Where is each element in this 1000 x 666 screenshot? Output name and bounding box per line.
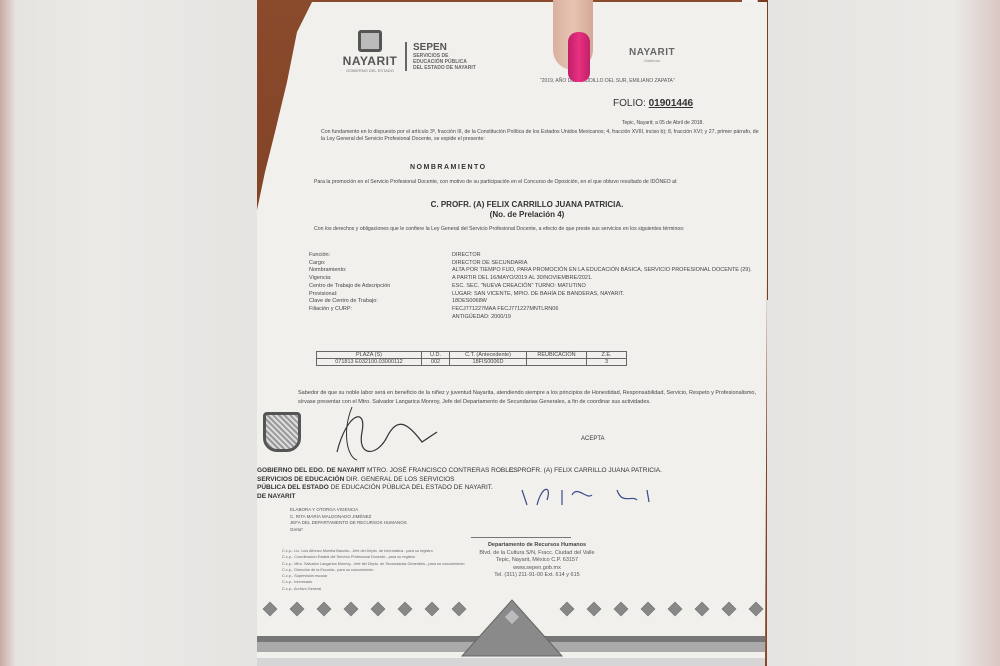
term-row: Centro de Trabajo de AdscripciónESC. SEC…	[309, 283, 759, 291]
rights-paragraph: Con los derechos y obligaciones que le c…	[314, 226, 754, 233]
blurred-background-left	[0, 0, 258, 666]
appointment-terms: Función:DIRECTOR Cargo:DIRECTOR DE SECUN…	[309, 252, 759, 321]
appointee-signature	[517, 480, 667, 510]
term-row: Función:DIRECTOR	[309, 252, 759, 260]
term-row: ANTIGÜEDAD: 2000/19	[309, 314, 759, 322]
promotion-paragraph: Para la promoción en el Servicio Profesi…	[314, 179, 754, 186]
nayarit-logo-right: NAYARIT Gobierno	[629, 47, 675, 63]
folio-number: 01901446	[649, 98, 694, 109]
term-row: Provisional:LUGAR: SAN VICENTE, MPIO. DE…	[309, 291, 759, 299]
year-motto: "2019, AÑO DEL CAUDILLO DEL SUR, EMILIAN…	[540, 78, 675, 84]
document-heading: NOMBRAMIENTO	[410, 164, 487, 171]
nayarit-government-logo: NAYARIT GOBIERNO DEL ESTADO	[335, 30, 405, 73]
plaza-table: PLAZA (S) U.D. C.T. (Antecedente) REUBIC…	[316, 351, 627, 366]
director-signature-block: GOBIERNO DEL EDO. DE NAYARIT MTRO. JOSÉ …	[257, 467, 518, 501]
footer-contact: Departamento de Recursos Humanos Blvd. d…	[437, 542, 637, 580]
legal-basis-paragraph: Con fundamento en lo dispuesto por el ar…	[321, 129, 761, 144]
prelacion-number: (No. de Prelación 4)	[397, 210, 657, 220]
table-row: 071813 E032100.03000112 002 18FIS0006D 3	[317, 359, 627, 366]
sepen-logo: SEPEN SERVICIOS DE EDUCACIÓN PÚBLICA DEL…	[405, 42, 476, 71]
term-row: Vigencia:A PARTIR DEL 16/MAYO/2019 AL 30…	[309, 275, 759, 283]
state-seal-icon	[263, 412, 301, 452]
term-row: Clave de Centro de Trabajo:18DES0068W	[309, 298, 759, 306]
state-shield-icon	[358, 30, 382, 52]
table-header-row: PLAZA (S) U.D. C.T. (Antecedente) REUBIC…	[317, 352, 627, 359]
term-row: Filiación y CURP:FECJ771227MAA FECJ77122…	[309, 306, 759, 314]
carbon-copy-list: C.c.p.- Lic. Luis Alfonso Morella Basult…	[282, 548, 464, 592]
appointee-signature-block: C. PROFR. (A) FELIX CARRILLO JUANA PATRI…	[509, 467, 662, 474]
director-signature	[327, 402, 447, 462]
pink-fingernail	[568, 32, 590, 82]
appointee-name: C. PROFR. (A) FELIX CARRILLO JUANA PATRI…	[397, 200, 657, 220]
place-date: Tepic, Nayarit; a 05 de Abril de 2018.	[622, 120, 704, 126]
decorative-border	[257, 598, 767, 666]
blurred-background-right	[766, 0, 1000, 666]
appointment-document: NAYARIT GOBIERNO DEL ESTADO SEPEN SERVIC…	[257, 2, 767, 666]
term-row: Nombramiento:ALTA POR TIEMPO FIJO, PARA …	[309, 267, 759, 275]
elaborated-by: ELABORA Y OTORGA VIGENCIA C. RITA MARÍA …	[290, 507, 407, 533]
folio: FOLIO: 01901446	[613, 98, 693, 109]
accept-label: ACEPTA	[581, 436, 605, 442]
footer-divider	[471, 537, 571, 538]
